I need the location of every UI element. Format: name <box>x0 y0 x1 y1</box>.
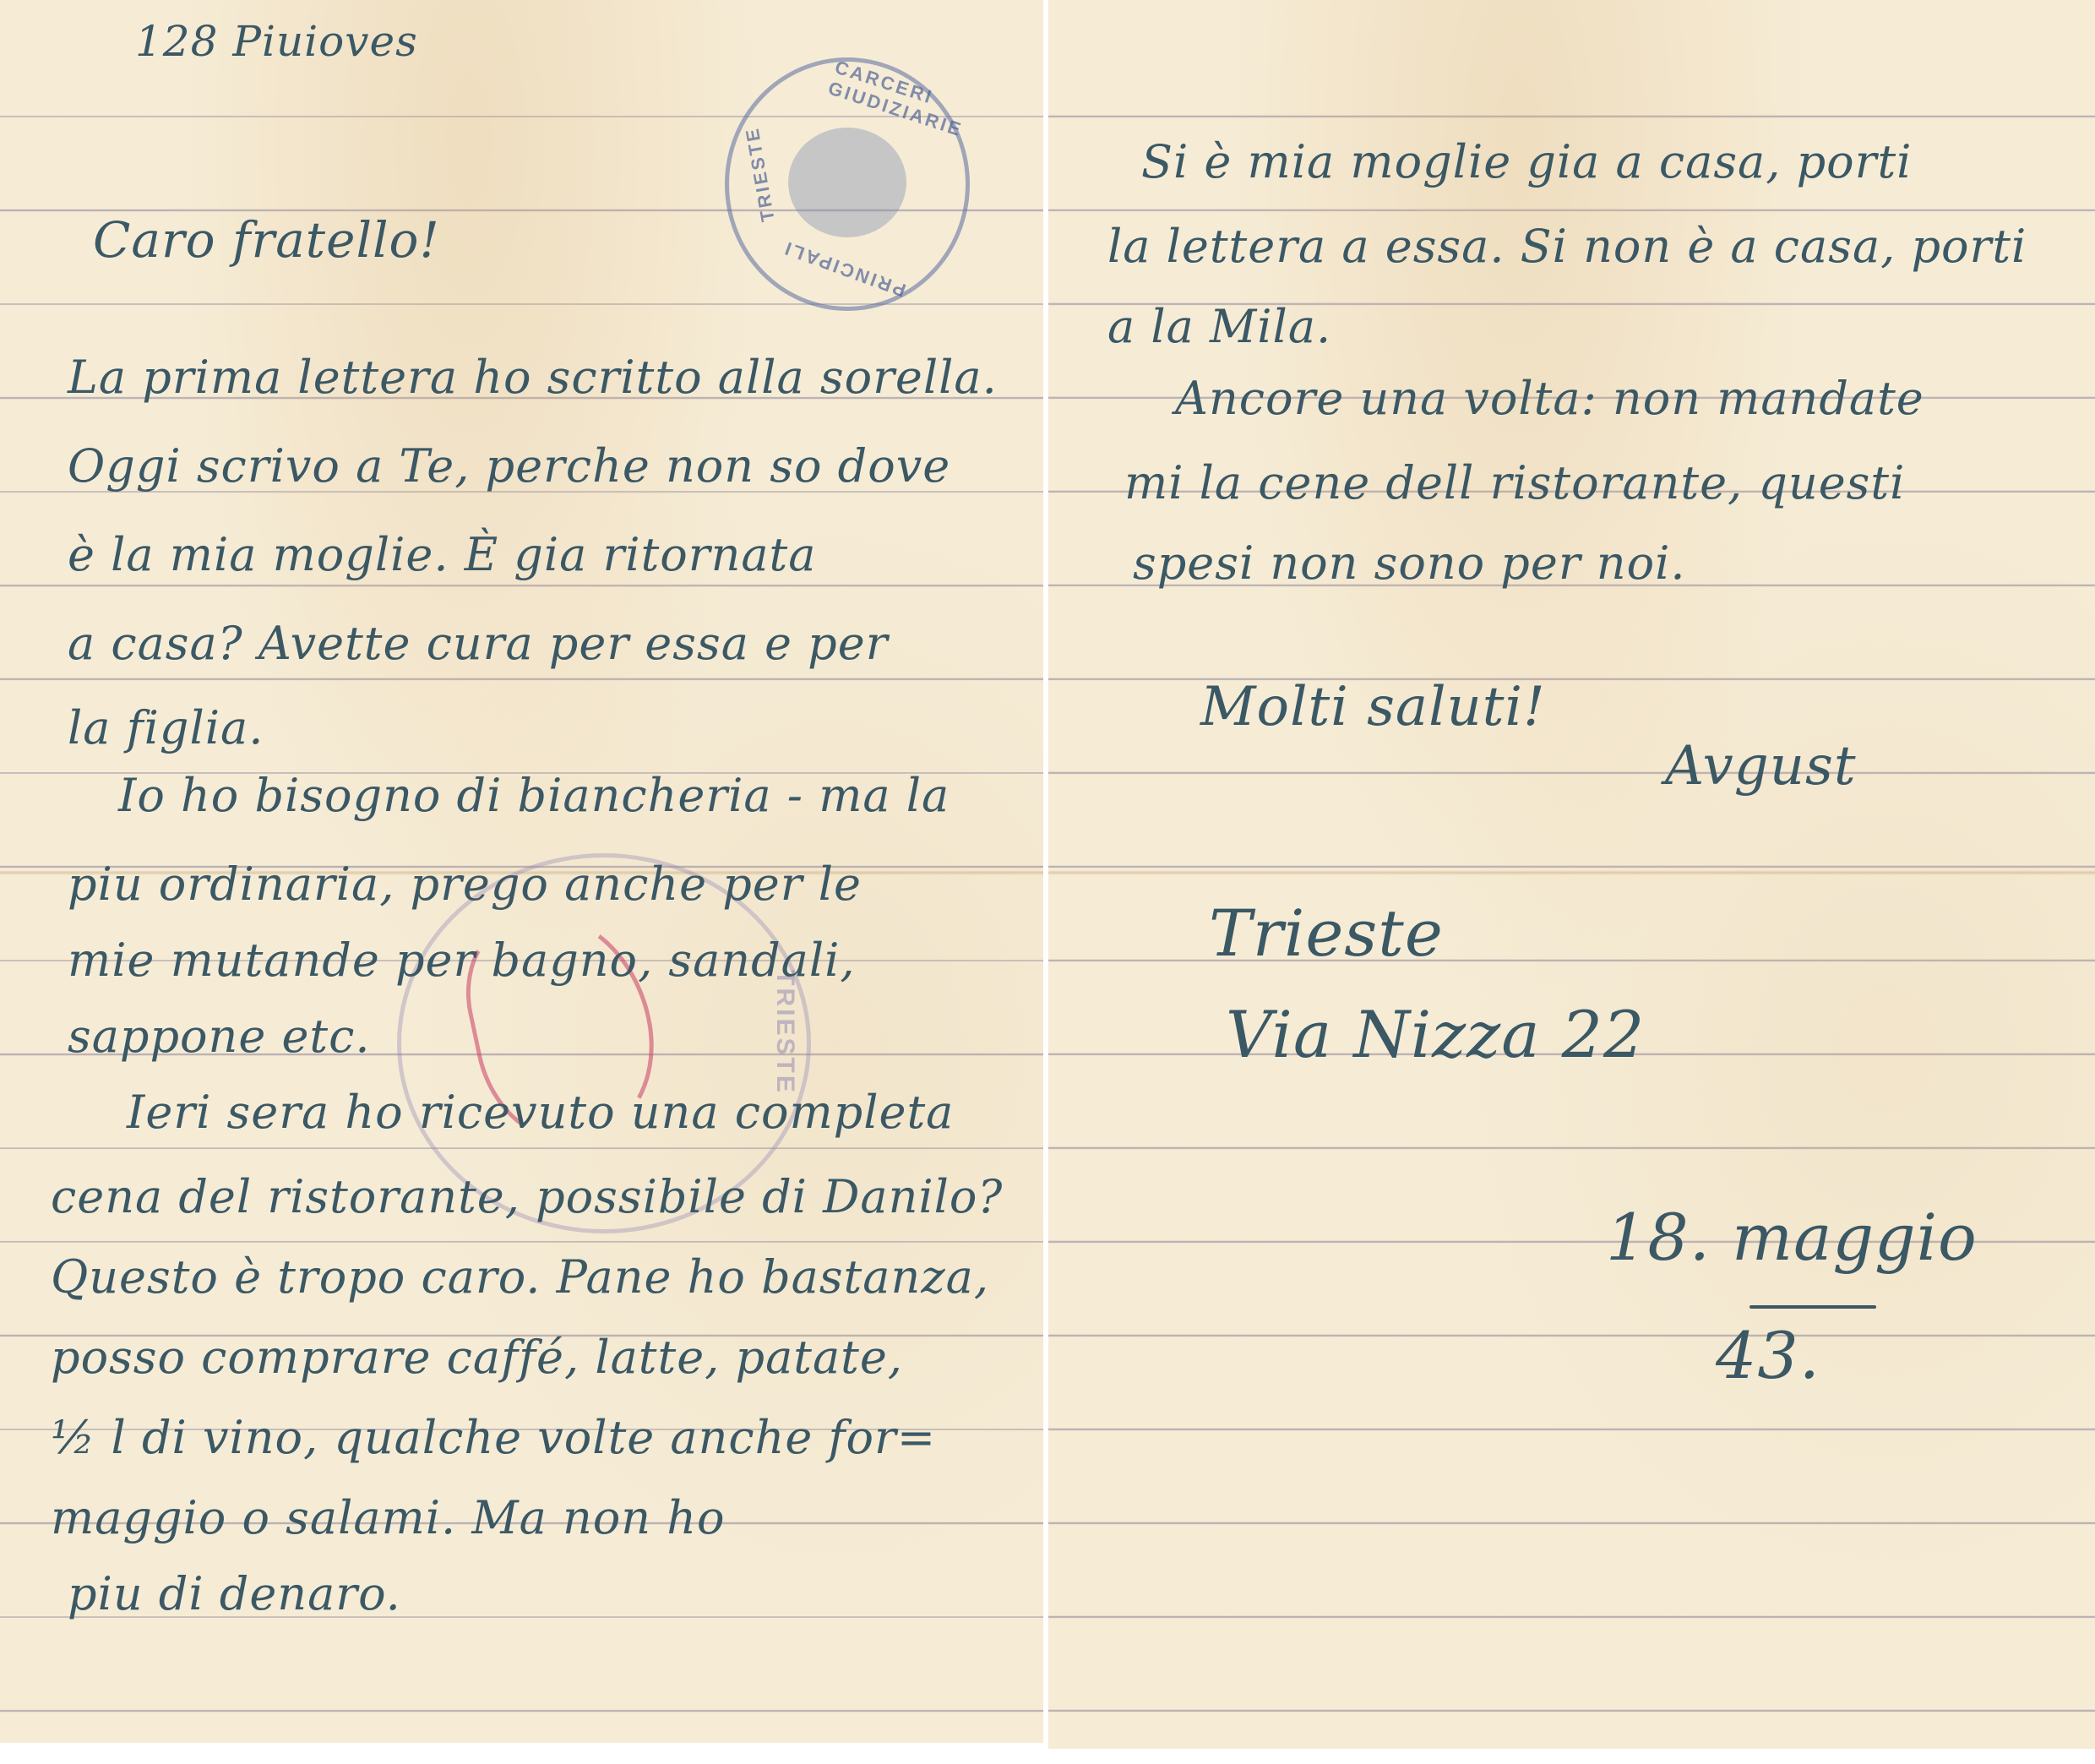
letter-line: Ancore una volta: non mandate <box>1175 372 1924 425</box>
letter-line: sappone etc. <box>68 1010 371 1063</box>
letter-line: ½ l di vino, qualche volte anche for= <box>51 1411 936 1464</box>
letter-line: mi la cene dell ristorante, questi <box>1124 456 1905 509</box>
letter-line: maggio o salami. Ma non ho <box>51 1491 726 1544</box>
stamp-ring-text-side: TRIESTE <box>741 125 779 224</box>
letter-page-right: Si è mia moglie gia a casa, porti la let… <box>1048 0 2095 1749</box>
letter-line: Oggi scrivo a Te, perche non so dove <box>68 439 950 493</box>
closing: Molti saluti! <box>1200 676 1546 738</box>
date-year: 43. <box>1716 1318 1820 1393</box>
stamp-ring-text-bottom: PRINCIPALI <box>780 237 909 302</box>
letter-line: a la Mila. <box>1107 300 1331 353</box>
salutation: Caro fratello! <box>93 211 440 269</box>
letter-line: Ieri sera ho ricevuto una completa <box>127 1086 954 1139</box>
letter-page-left: 128 Piuioves CARCERI GIUDIZIARIE PRINCIP… <box>0 0 1043 1743</box>
letter-line: a casa? Avette cura per essa e per <box>68 617 889 670</box>
censor-stamp-text: TRIESTE <box>770 970 799 1095</box>
letter-line: piu di denaro. <box>68 1567 401 1620</box>
date-day-month: 18. maggio <box>1606 1200 1978 1275</box>
header-note: 128 Piuioves <box>135 17 418 66</box>
signature: Avgust <box>1665 735 1857 798</box>
letter-line: La prima lettera ho scritto alla sorella… <box>68 351 998 404</box>
letter-line: Si è mia moglie gia a casa, porti <box>1141 135 1912 188</box>
date-underline <box>1749 1305 1876 1309</box>
prison-stamp: CARCERI GIUDIZIARIE PRINCIPALI TRIESTE <box>725 57 970 311</box>
letter-line: posso comprare caffé, latte, patate, <box>51 1331 903 1384</box>
letter-line: spesi non sono per noi. <box>1133 536 1686 590</box>
letter-line: la lettera a essa. Si non è a casa, port… <box>1107 220 2027 273</box>
letter-line: è la mia moglie. È gia ritornata <box>68 528 816 581</box>
letter-line: Questo è tropo caro. Pane ho bastanza, <box>51 1250 989 1304</box>
letter-line: la figlia. <box>68 701 264 754</box>
stamp-emblem-icon <box>788 128 906 237</box>
letter-line: cena del ristorante, possibile di Danilo… <box>51 1170 1003 1223</box>
paper-fold-line <box>1048 870 2095 875</box>
address-street: Via Nizza 22 <box>1226 997 1645 1072</box>
letter-line: mie mutande per bagno, sandali, <box>68 934 856 987</box>
letter-line: Io ho bisogno di biancheria - ma la <box>118 769 950 822</box>
letter-line: piu ordinaria, prego anche per le <box>68 857 862 911</box>
address-city: Trieste <box>1209 896 1444 971</box>
